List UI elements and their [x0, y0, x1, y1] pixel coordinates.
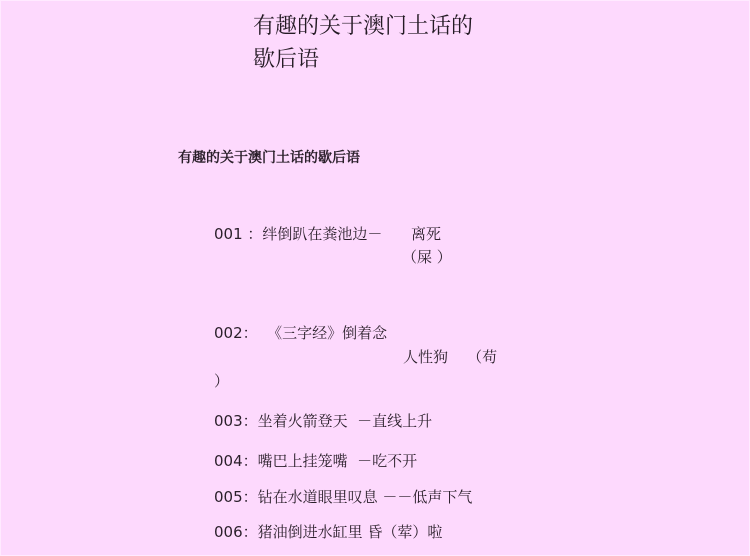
list-item-004: 004：嘴巴上挂笼嘴 －吃不开 — [214, 451, 417, 471]
list-item-001-line-2: （屎 ） — [402, 247, 452, 267]
list-item-006: 006：猪油倒进水缸里 昏（荤）啦 — [214, 522, 442, 542]
list-item-003: 003：坐着火箭登天 －直线上升 — [214, 411, 432, 431]
title-line-2: 歇后语 — [253, 43, 523, 76]
list-item-002-line-2: 人性狗 （苟 — [403, 347, 497, 367]
list-item-002-line-1: 002： 《三字经》倒着念 — [214, 323, 387, 343]
list-item-002-line-3: ） — [214, 371, 229, 391]
page-title: 有趣的关于澳门土话的 歇后语 — [253, 10, 523, 76]
section-heading: 有趣的关于澳门土话的歇后语 — [178, 149, 360, 167]
list-item-005: 005：钻在水道眼里叹息 －－低声下气 — [214, 487, 472, 507]
title-line-1: 有趣的关于澳门土话的 — [253, 10, 523, 43]
list-item-001-line-1: 001 ：绊倒趴在粪池边－ 离死 — [214, 224, 441, 244]
